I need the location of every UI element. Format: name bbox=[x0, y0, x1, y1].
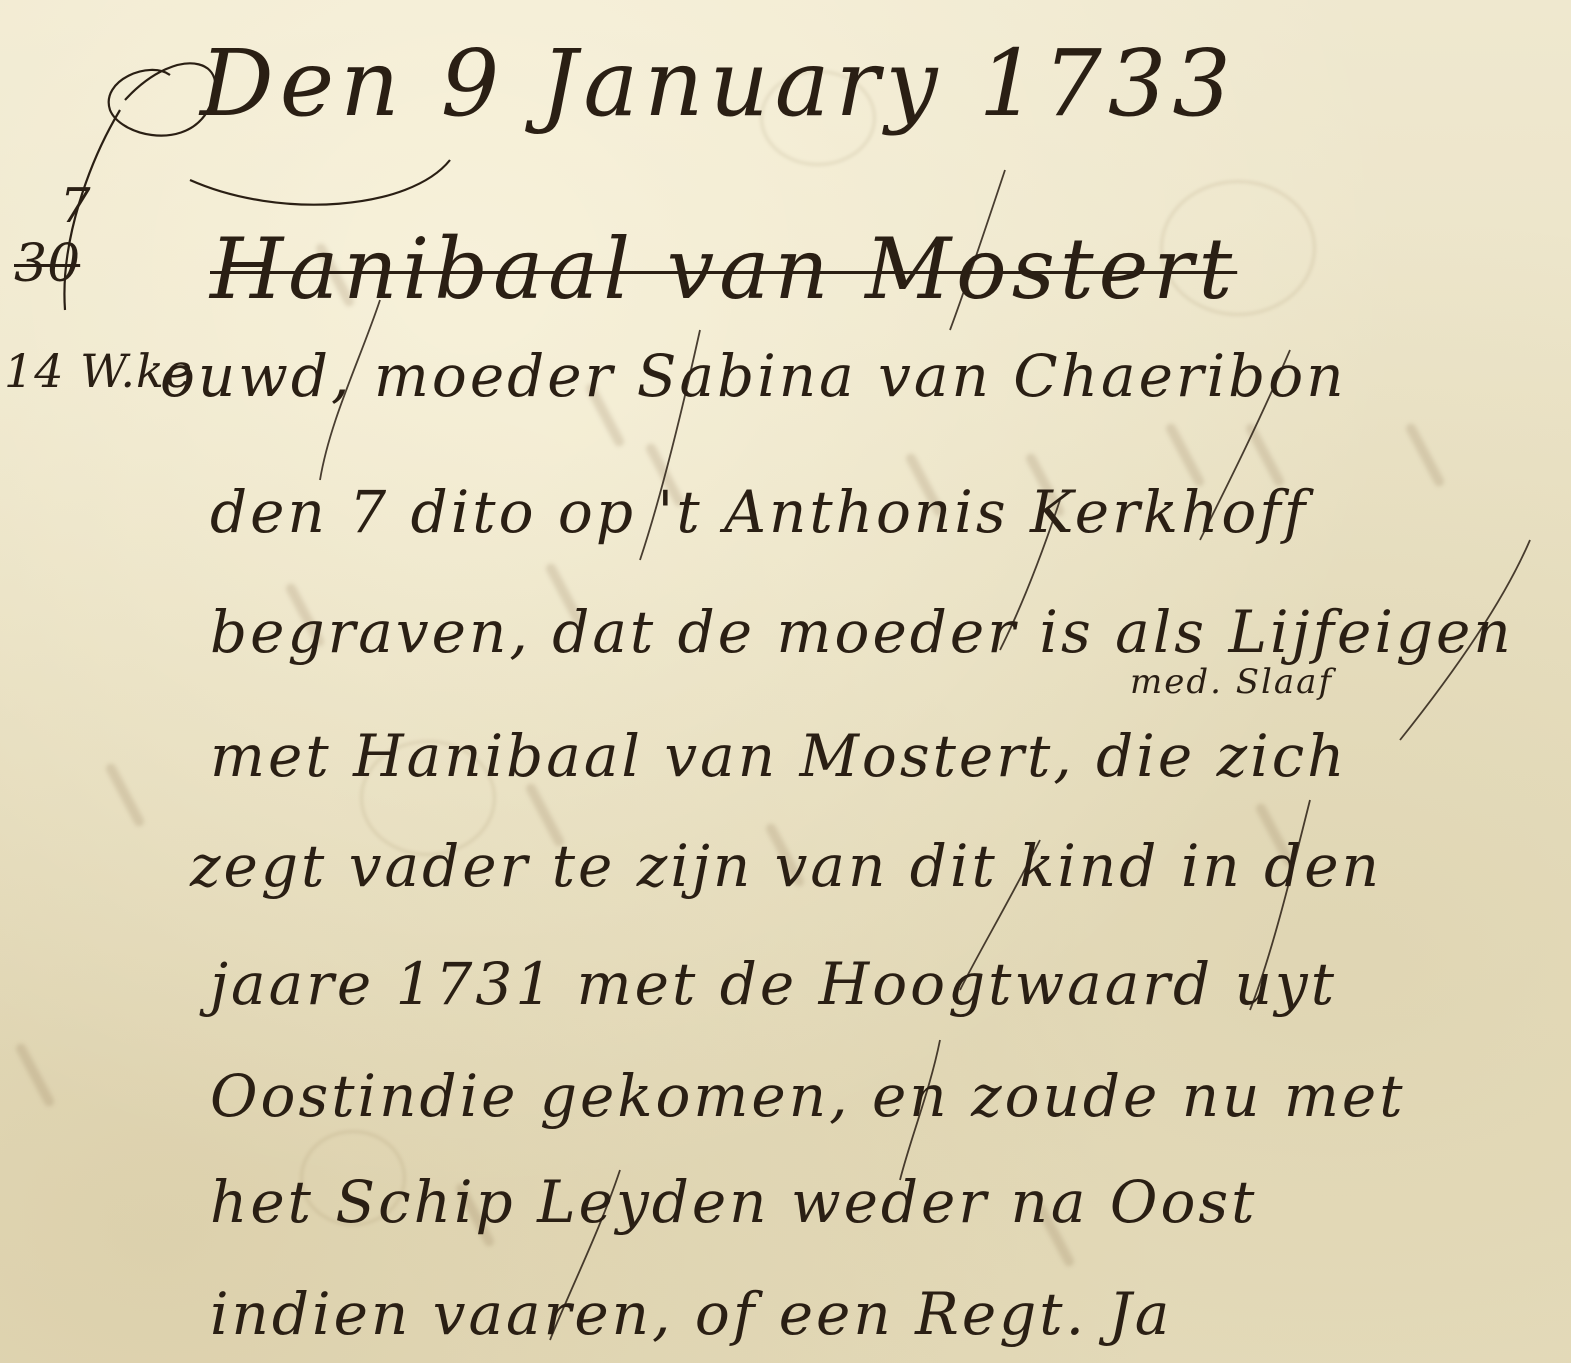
entry-line-4: met Hanibaal van Mostert, die zich bbox=[210, 722, 1348, 790]
ink-bleed-mark bbox=[104, 762, 146, 829]
margin-number-top: 7 bbox=[60, 178, 91, 234]
entry-line-9: indien vaaren, of een Regt. Ja bbox=[210, 1280, 1172, 1348]
date-heading: Den 9 January 1733 bbox=[200, 30, 1237, 137]
manuscript-page: Den 9 January 1733 7 30 14 W.ke Hanibaal… bbox=[0, 0, 1571, 1363]
interlinear-note: med. Slaaf bbox=[1130, 662, 1333, 702]
entry-name-line: Hanibaal van Mostert bbox=[210, 220, 1237, 318]
entry-line-2: den 7 dito op 't Anthonis Kerkhoff bbox=[210, 478, 1308, 546]
entry-line-3: begraven, dat de moeder is als Lijfeigen bbox=[210, 598, 1514, 666]
ink-bleed-mark bbox=[1404, 422, 1446, 489]
pen-stroke-decorations bbox=[0, 0, 1571, 1363]
entry-line-6: jaare 1731 met de Hoogtwaard uyt bbox=[210, 950, 1337, 1018]
margin-number-struck: 30 bbox=[14, 234, 80, 294]
ink-bleed-mark bbox=[14, 1042, 56, 1109]
entry-line-7: Oostindie gekomen, en zoude nu met bbox=[210, 1062, 1406, 1130]
entry-line-8: het Schip Leyden weder na Oost bbox=[210, 1168, 1257, 1236]
entry-line-5: zegt vader te zijn van dit kind in den bbox=[190, 832, 1382, 900]
entry-line-1: ouwd, moeder Sabina van Chaeribon bbox=[160, 342, 1347, 410]
